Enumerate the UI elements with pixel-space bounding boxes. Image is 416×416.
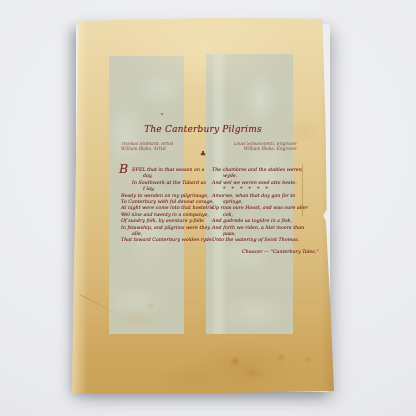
- stain: [244, 369, 262, 378]
- stain: [305, 357, 311, 362]
- scratch-mark: [302, 164, 303, 216]
- poem-line: Of sundry folk, by aventure y-falle: [121, 219, 201, 225]
- paper-sheet: The Canterbury Pilgrims Thomas Stothard,…: [72, 18, 334, 394]
- page-title: The Canterbury Pilgrims: [72, 125, 334, 135]
- poem-line: EFEL that in that season on a: [121, 168, 201, 174]
- photo-backdrop: The Canterbury Pilgrims Thomas Stothard,…: [0, 0, 416, 416]
- stain: [146, 303, 155, 309]
- poem-left-lines: EFEL that in that season on aday,In Sout…: [121, 168, 201, 245]
- poem-left-column: B EFEL that in that season on aday,In So…: [121, 168, 201, 245]
- print-page: The Canterbury Pilgrims Thomas Stothard,…: [72, 18, 334, 394]
- poem-line: That toward Canterbury wolden ryde.: [121, 238, 201, 244]
- stain: [230, 357, 240, 366]
- poem-line: Up roos oure Hoost, and was oure aller: [212, 206, 300, 212]
- poem-line: At night were come into that hostelrie: [121, 206, 201, 212]
- poem-line: In Southwark at the Tabard as: [121, 181, 201, 187]
- trefoil-ornament-icon: ♣: [72, 151, 334, 158]
- ink-speck: [161, 113, 163, 115]
- poem-right-lines: The chambres and the stables werenwyde,A…: [212, 168, 300, 245]
- stain: [277, 354, 285, 361]
- citation: Chaucer — “Canterbury Tales.”: [212, 250, 300, 256]
- drop-cap: B: [119, 166, 128, 172]
- poem-line: Unto the watering of Seint Thomas.: [212, 238, 300, 244]
- poem-line: And gadrede us togidre in a flok,: [212, 219, 300, 225]
- poem-right-column: The chambres and the stables werenwyde,A…: [212, 168, 300, 256]
